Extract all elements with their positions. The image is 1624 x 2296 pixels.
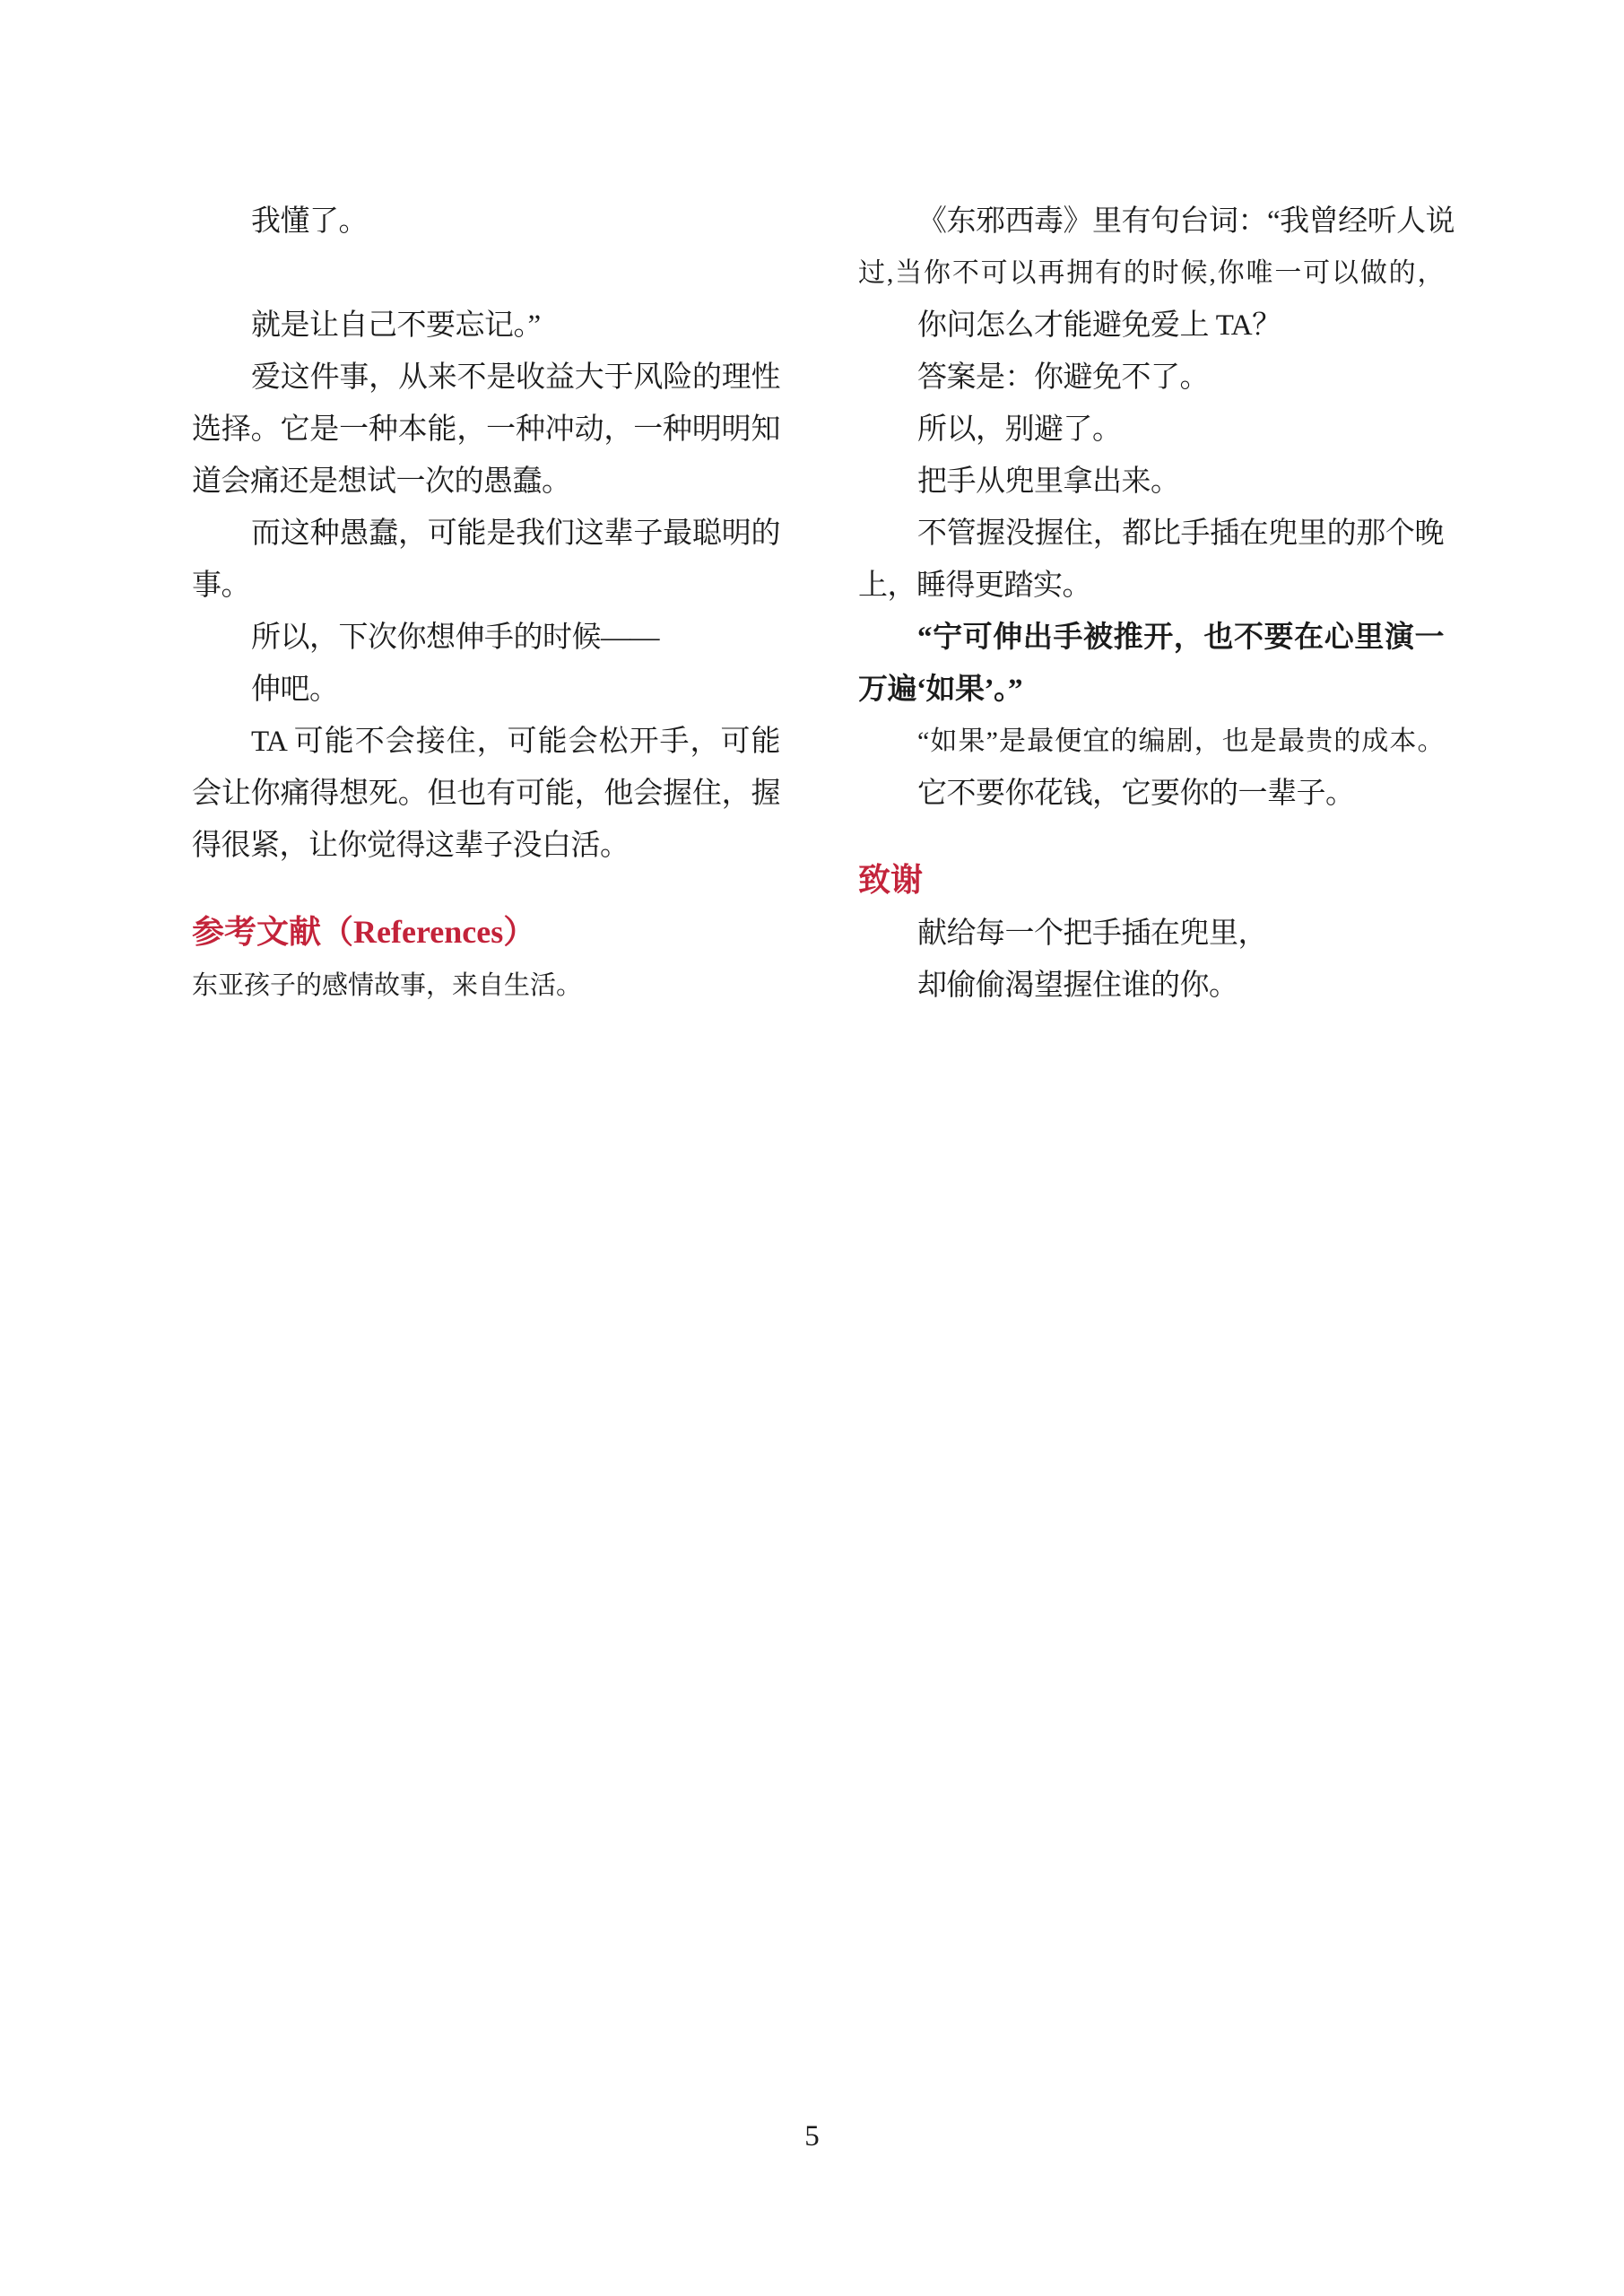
- text-line: 万遍‘如果’。”: [858, 664, 1444, 716]
- text-line: 把手从兜里拿出来。: [858, 456, 1444, 508]
- blank-line: [192, 248, 780, 300]
- text-line: 《东邪西毒》里有句台词：“我曾经听人说: [858, 196, 1444, 248]
- text-line: “宁可伸出手被推开，也不要在心里演一: [858, 612, 1444, 664]
- text-line: 伸吧。: [192, 664, 780, 716]
- text-line: 所以，下次你想伸手的时候——: [192, 612, 780, 664]
- left-column: 我懂了。就是让自己不要忘记。”爱这件事，从来不是收益大于风险的理性选择。它是一种…: [192, 196, 780, 1012]
- text-line: 它不要你花钱，它要你的一辈子。: [858, 768, 1444, 820]
- text-line: 你问怎么才能避免爱上 TA？: [858, 300, 1444, 352]
- text-line: 献给每一个把手插在兜里，: [858, 908, 1444, 960]
- text-line: 爱这件事，从来不是收益大于风险的理性: [192, 352, 780, 404]
- references-heading: 参考文献（References）: [192, 904, 780, 960]
- text-line: 我懂了。: [192, 196, 780, 248]
- text-line: 得很紧，让你觉得这辈子没白活。: [192, 820, 780, 872]
- text-line: 就是让自己不要忘记。”: [192, 300, 780, 352]
- text-line: TA 可能不会接住，可能会松开手，可能: [192, 716, 780, 768]
- text-line: “如果”是最便宜的编剧，也是最贵的成本。: [858, 716, 1444, 768]
- acknowledgements-heading: 致谢: [858, 852, 1444, 908]
- text-line: 所以，别避了。: [858, 404, 1444, 456]
- right-column: 《东邪西毒》里有句台词：“我曾经听人说过,当你不可以再拥有的时候,你唯一可以做的…: [858, 196, 1444, 1012]
- text-line: 过,当你不可以再拥有的时候,你唯一可以做的，: [858, 248, 1444, 300]
- text-line: 却偷偷渴望握住谁的你。: [858, 960, 1444, 1012]
- text-line: 答案是：你避免不了。: [858, 352, 1444, 404]
- text-line: 选择。它是一种本能，一种冲动，一种明明知: [192, 404, 780, 456]
- text-line: 不管握没握住，都比手插在兜里的那个晚: [858, 508, 1444, 560]
- references-entry: 东亚孩子的感情故事，来自生活。: [192, 960, 780, 1012]
- document-page: 我懂了。就是让自己不要忘记。”爱这件事，从来不是收益大于风险的理性选择。它是一种…: [0, 0, 1624, 2296]
- text-line: 事。: [192, 560, 780, 612]
- text-line: 而这种愚蠢，可能是我们这辈子最聪明的: [192, 508, 780, 560]
- text-line: 上，睡得更踏实。: [858, 560, 1444, 612]
- page-number: 5: [0, 2118, 1624, 2154]
- text-line: 会让你痛得想死。但也有可能，他会握住，握: [192, 768, 780, 820]
- text-line: 道会痛还是想试一次的愚蠢。: [192, 456, 780, 508]
